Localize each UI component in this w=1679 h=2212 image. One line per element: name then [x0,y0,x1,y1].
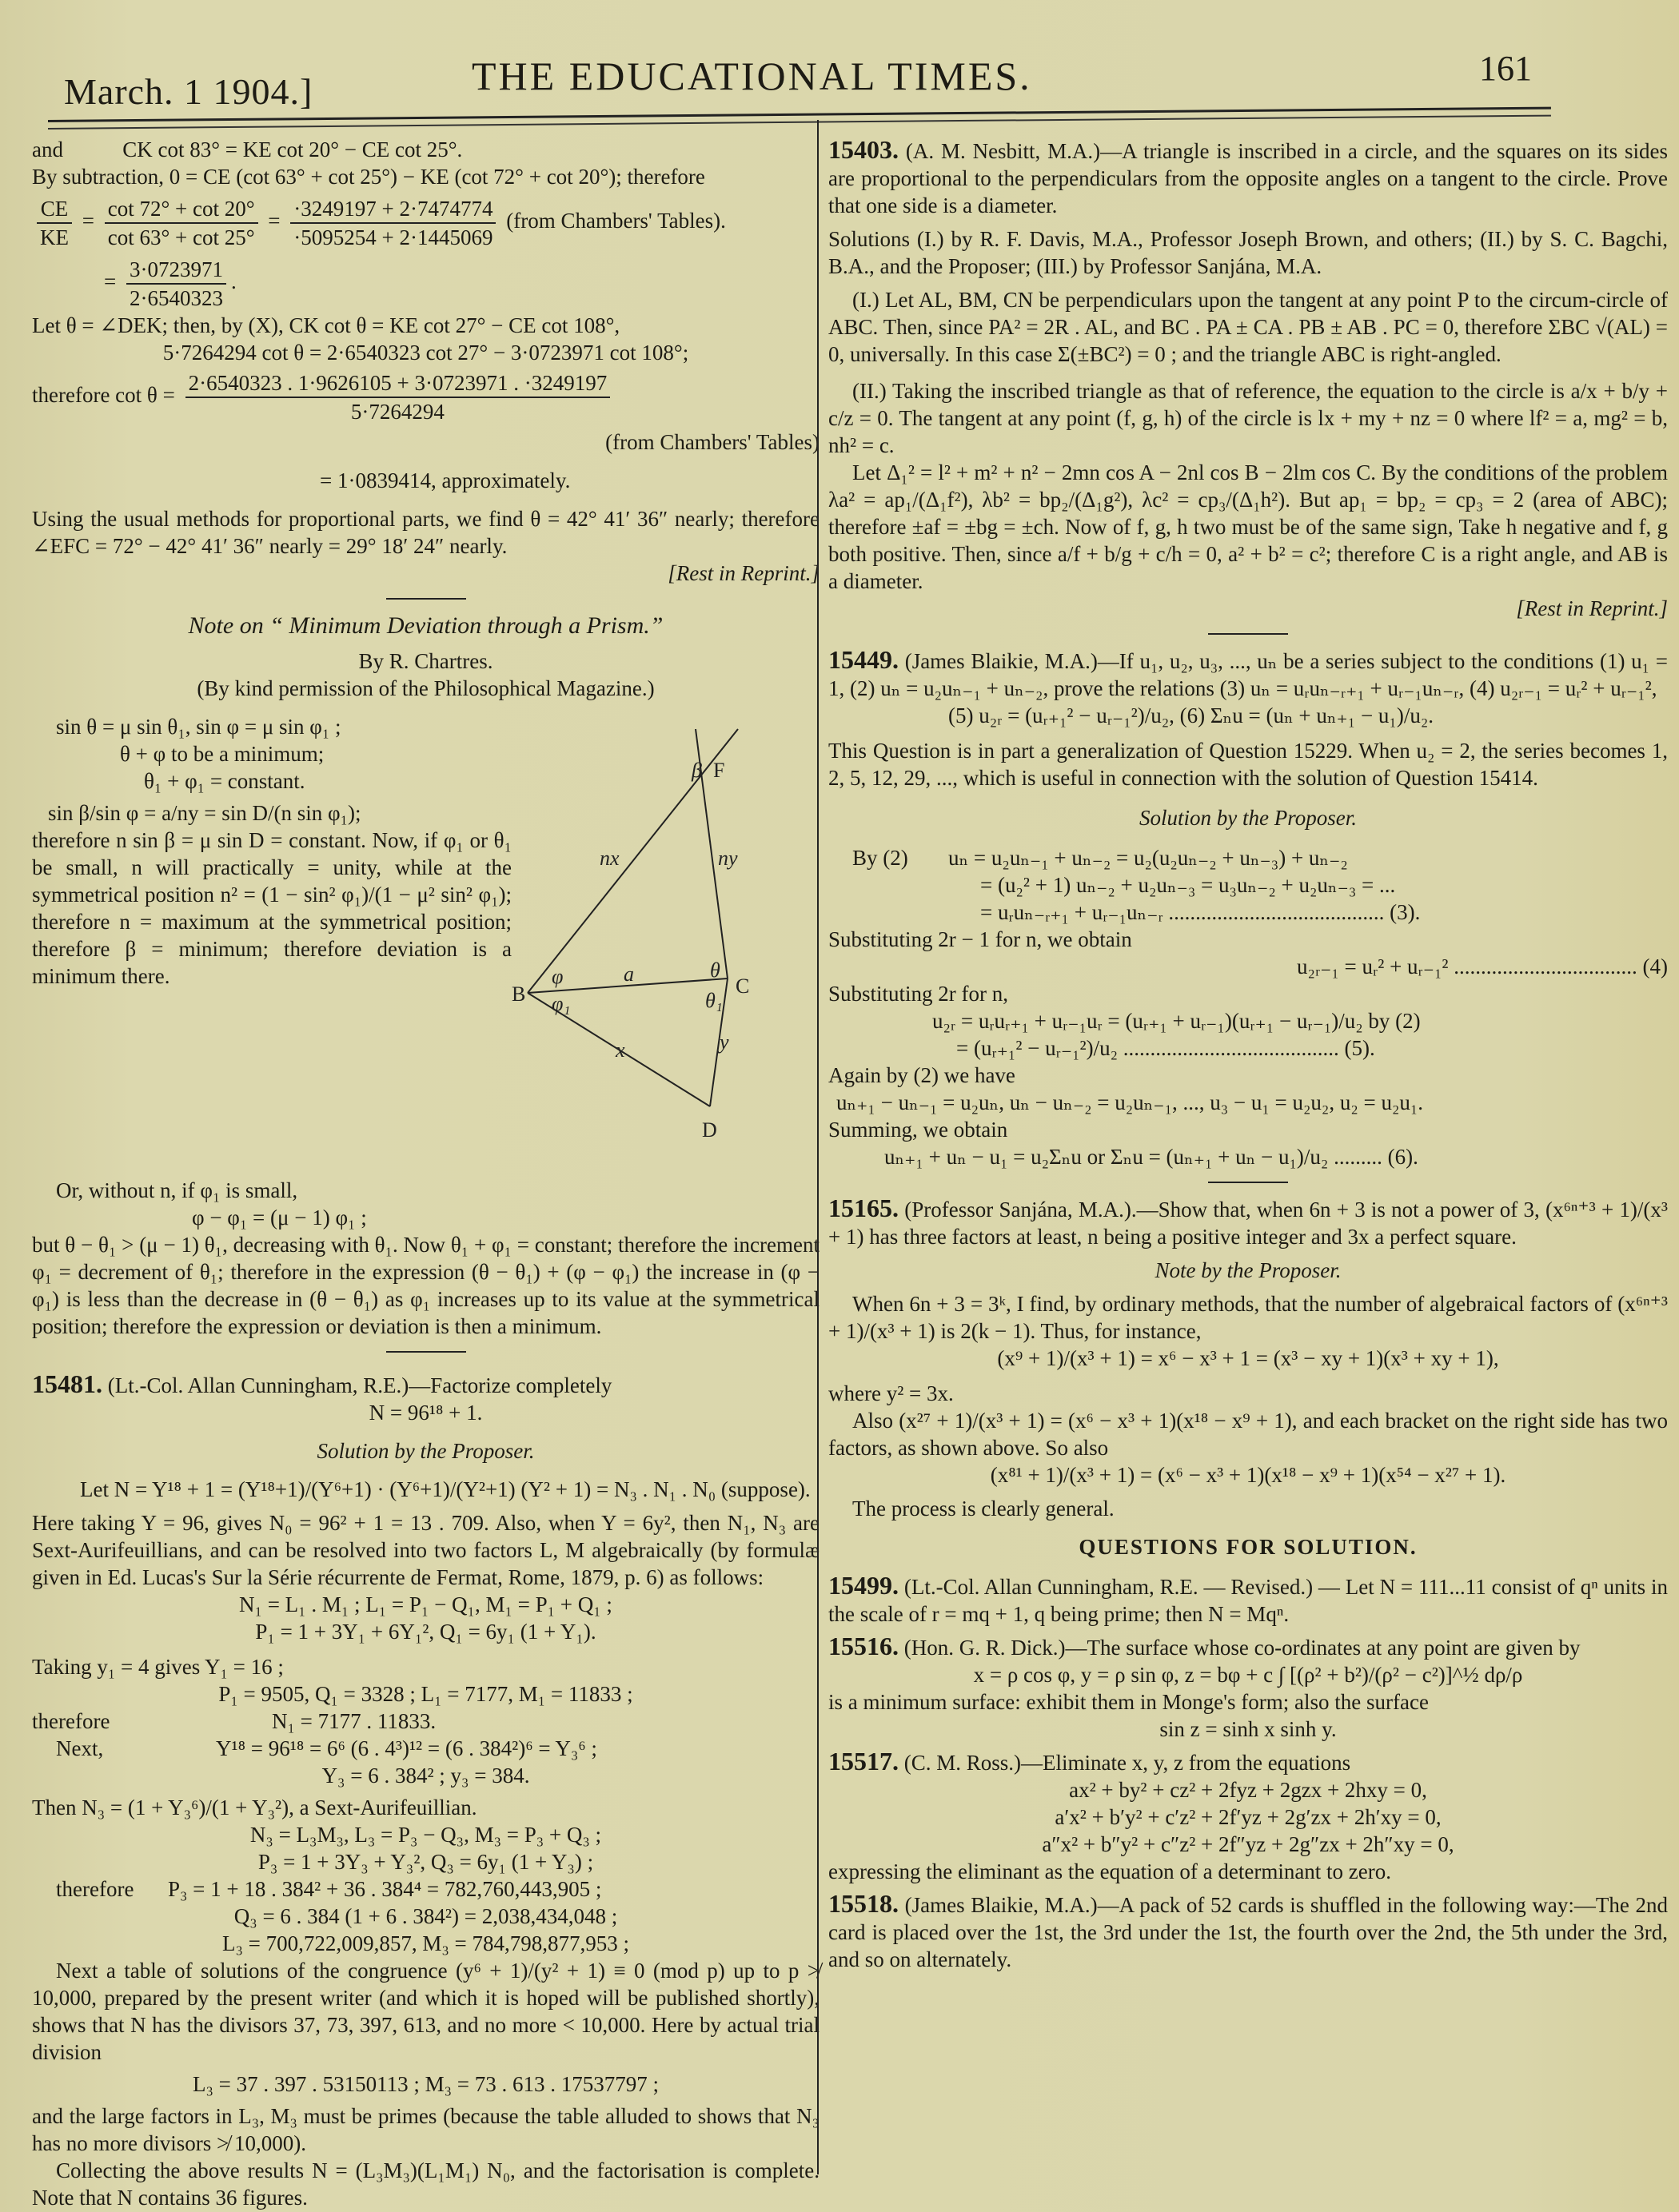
article-permission: (By kind permission of the Philosophical… [32,675,820,702]
solution-title: Solution by the Proposer. [32,1437,820,1465]
question-text: (A. M. Nesbitt, M.A.)—A triangle is insc… [828,139,1668,217]
equation: Y₃ = 6 . 384² ; y₃ = 384. [32,1762,820,1789]
equation: uₙ = u₂uₙ₋₁ + uₙ₋₂ = u₂(u₂uₙ₋₂ + uₙ₋₃) +… [948,846,1348,870]
question-text: (Lt.-Col. Allan Cunningham, R.E. — Revis… [828,1575,1668,1626]
numerator: CE [37,195,72,224]
equation: L₃ = 37 . 397 . 53150113 ; M₃ = 73 . 613… [32,2071,820,2098]
equation: (5) u₂ᵣ = (uᵣ₊₁² − uᵣ₋₁²)/u₂, (6) Σₙu = … [948,702,1668,729]
equation: N₁ = 7177 . 11833. [272,1709,436,1733]
svg-text:nx: nx [600,847,620,870]
section-heading: QUESTIONS FOR SOLUTION. [828,1533,1668,1560]
fraction: ·3249197 + 2·7474774·5095254 + 2·1445069 [290,195,496,251]
denominator: KE [37,224,72,251]
denominator: cot 63° + cot 25° [105,224,258,251]
question-number: 15499. [828,1571,899,1600]
label: therefore [32,1875,168,1903]
equation: sin β/sin φ = a/ny = sin D/(n sin φ₁); [48,799,512,827]
svg-text:D: D [702,1118,717,1142]
equation: = 1·0839414, approximately. [320,467,820,494]
article-title: Note on “ Minimum Deviation through a Pr… [32,612,820,640]
paragraph: and the large factors in L₃, M₃ must be … [32,2102,820,2157]
fraction: 3·07239712·6540323 [126,256,226,312]
equation-row: Next,Y¹⁸ = 96¹⁸ = 6⁶ (6 . 4³)¹² = (6 . 3… [32,1735,820,1762]
equation: uₙ₊₁ + uₙ − u₁ = u₂Σₙu or Σₙu = (uₙ₊₁ + … [884,1143,1668,1170]
label: therefore [32,1708,272,1735]
svg-text:θ: θ [710,959,720,982]
text-line: Taking y₁ = 4 gives Y₁ = 16 ; [32,1653,820,1680]
question-number: 15481. [32,1369,102,1398]
fraction: cot 72° + cot 20°cot 63° + cot 25° [105,195,258,251]
equation: P₃ = 1 + 3Y₃ + Y₃², Q₃ = 6y₁ (1 + Y₃) ; [32,1848,820,1875]
svg-text:ny: ny [718,847,738,870]
prism-diagram: B C D F β nx ny a x y φ φ₁ θ θ₁ [512,713,816,1177]
numerator: ·3249197 + 2·7474774 [290,195,496,224]
text-line: Summing, we obtain [828,1116,1668,1143]
denominator: ·5095254 + 2·1445069 [290,224,496,251]
numerator: cot 72° + cot 20° [105,195,258,224]
denominator: 5·7264294 [185,398,611,425]
rest-in-reprint: [Rest in Reprint.] [32,560,820,587]
page-number: 161 [1479,48,1532,89]
svg-text:F: F [713,759,724,782]
source-note: (from Chambers' Tables). [506,209,726,233]
text-line: Again by (2) we have [828,1062,1668,1089]
equation: N₁ = L₁ . M₁ ; L₁ = P₁ − Q₁, M₁ = P₁ + Q… [32,1591,820,1618]
equation-row: thereforeP₃ = 1 + 18 . 384² + 36 . 384⁴ … [32,1875,820,1903]
text-line: expressing the eliminant as the equation… [828,1858,1668,1885]
question-text: (C. M. Ross.)—Eliminate x, y, z from the… [904,1751,1350,1775]
fraction-equation: therefore cot θ = 2·6540323 . 1·9626105 … [32,369,820,425]
equation: N₃ = L₃M₃, L₃ = P₃ − Q₃, M₃ = P₃ + Q₃ ; [32,1821,820,1848]
question-text: (Hon. G. R. Dick.)—The surface whose co-… [904,1636,1581,1660]
article-author: By R. Chartres. [32,648,820,675]
text-line: By subtraction, 0 = CE (cot 63° + cot 25… [32,163,820,190]
question-15516: 15516. (Hon. G. R. Dick.)—The surface wh… [828,1632,1668,1661]
question-number: 15449. [828,645,899,674]
equation: N = 96¹⁸ + 1. [32,1399,820,1426]
equation: u₂ᵣ₋₁ = uᵣ² + uᵣ₋₁² ....................… [828,953,1668,980]
numerator: 3·0723971 [126,256,226,285]
question-number: 15518. [828,1889,899,1918]
question-15449: 15449. (James Blaikie, M.A.)—If u₁, u₂, … [828,646,1668,702]
text-line: Or, without n, if φ₁ is small, [56,1177,820,1204]
question-number: 15516. [828,1632,899,1660]
text-line: where y² = 3x. [828,1380,1668,1407]
separator [386,598,466,600]
question-text: (James Blaikie, M.A.)—A pack of 52 cards… [828,1893,1668,1971]
label: therefore cot θ = [32,383,175,407]
text-line: is a minimum surface: exhibit them in Mo… [828,1688,1668,1716]
question-number: 15517. [828,1747,899,1776]
journal-title: THE EDUCATIONAL TIMES. [472,53,1032,99]
fraction-equation: = 3·07239712·6540323. [104,256,820,312]
svg-text:φ₁: φ₁ [552,992,570,1015]
question-number: 15403. [828,135,899,164]
equation: (x⁹ + 1)/(x³ + 1) = x⁶ − x³ + 1 = (x³ − … [828,1345,1668,1372]
paragraph: (II.) Taking the inscribed triangle as t… [828,377,1668,459]
text-line: Then N₃ = (1 + Y₃⁶)/(1 + Y₃²), a Sext-Au… [32,1794,820,1821]
equation: sin z = sinh x sinh y. [828,1716,1668,1743]
denominator: 2·6540323 [126,285,226,312]
equation: ax² + by² + cz² + 2fyz + 2gzx + 2hxy = 0… [828,1776,1668,1803]
question-15518: 15518. (James Blaikie, M.A.)—A pack of 5… [828,1890,1668,1973]
paragraph: Also (x²⁷ + 1)/(x³ + 1) = (x⁶ − x³ + 1)(… [828,1407,1668,1461]
question-text: (James Blaikie, M.A.)—If u₁, u₂, u₃, ...… [828,649,1668,700]
svg-text:β: β [691,759,702,782]
text-line: Let θ = ∠DEK; then, by (X), CK cot θ = K… [32,312,820,339]
left-column: and CK cot 83° = KE cot 20° − CE cot 25°… [32,136,820,2211]
equation: 5·7264294 cot θ = 2·6540323 cot 27° − 3·… [32,339,820,366]
prism-section: sin θ = μ sin θ₁, sin φ = μ sin φ₁ ; θ +… [32,713,820,1177]
equation: P₁ = 1 + 3Y₁ + 6Y₁², Q₁ = 6y₁ (1 + Y₁). [32,1618,820,1645]
question-number: 15165. [828,1194,899,1222]
equation: θ₁ + φ₁ = constant. [144,767,512,795]
equation: = (u₂² + 1) uₙ₋₂ + u₂uₙ₋₃ = u₃uₙ₋₂ + u₂u… [980,871,1668,899]
issue-date: March. 1 1904.] [64,70,313,113]
text-line: and CK cot 83° = KE cot 20° − CE cot 25°… [32,136,820,163]
question-15165: 15165. (Professor Sanjána, M.A.).—Show t… [828,1194,1668,1250]
equation: Let N = Y¹⁸ + 1 = (Y¹⁸+1)/(Y⁶+1) · (Y⁶+1… [80,1476,820,1503]
equation-row: thereforeN₁ = 7177 . 11833. [32,1708,820,1735]
svg-text:C: C [736,974,749,998]
prism-text: sin θ = μ sin θ₁, sin φ = μ sin φ₁ ; θ +… [32,713,512,1177]
equation: φ − φ₁ = (μ − 1) φ₁ ; [192,1204,820,1231]
equation: L₃ = 700,722,009,857, M₃ = 784,798,877,9… [32,1930,820,1957]
question-15499: 15499. (Lt.-Col. Allan Cunningham, R.E. … [828,1572,1668,1628]
question-15481: 15481. (Lt.-Col. Allan Cunningham, R.E.)… [32,1370,820,1399]
equation: uₙ₊₁ − uₙ₋₁ = u₂uₙ, uₙ − uₙ₋₂ = u₂uₙ₋₁, … [836,1089,1668,1116]
equation: Q₃ = 6 . 384 (1 + 6 . 384²) = 2,038,434,… [32,1903,820,1930]
fraction: CEKE [37,195,72,251]
equation: = uᵣuₙ₋ᵣ₊₁ + uᵣ₋₁uₙ₋ᵣ ..................… [980,899,1668,926]
separator [1208,633,1288,635]
rest-in-reprint: [Rest in Reprint.] [828,595,1668,622]
equation: Y¹⁸ = 96¹⁸ = 6⁶ (6 . 4³)¹² = (6 . 384²)⁶… [216,1736,597,1760]
paragraph: When 6n + 3 = 3ᵏ, I find, by ordinary me… [828,1290,1668,1345]
equation: (x⁸¹ + 1)/(x³ + 1) = (x⁶ − x³ + 1)(x¹⁸ −… [828,1461,1668,1489]
question-15517: 15517. (C. M. Ross.)—Eliminate x, y, z f… [828,1748,1668,1776]
fraction: 2·6540323 . 1·9626105 + 3·0723971 . ·324… [185,369,611,425]
paragraph: This Question is in part a generalizatio… [828,737,1668,791]
journal-page: March. 1 1904.] THE EDUCATIONAL TIMES. 1… [0,0,1679,2212]
svg-text:x: x [615,1038,625,1062]
question-text: (Professor Sanjána, M.A.).—Show that, wh… [828,1198,1668,1249]
label: Next, [32,1735,216,1762]
text-line: The process is clearly general. [828,1495,1668,1522]
svg-text:φ: φ [552,965,563,988]
equation: sin θ = μ sin θ₁, sin φ = μ sin φ₁ ; [56,713,512,740]
equation: x = ρ cos φ, y = ρ sin φ, z = bφ + c ∫ [… [828,1661,1668,1688]
paragraph: Next a table of solutions of the congrue… [32,1957,820,2066]
paragraph: but θ − θ₁ > (μ − 1) θ₁, decreasing with… [32,1231,820,1340]
equation: a′x² + b′y² + c′z² + 2f′yz + 2g′zx + 2h′… [828,1803,1668,1831]
question-15403: 15403. (A. M. Nesbitt, M.A.)—A triangle … [828,136,1668,219]
separator [386,1351,466,1353]
paragraph: therefore n sin β = μ sin D = constant. … [32,827,512,990]
equation: P₃ = 1 + 18 . 384² + 36 . 384⁴ = 782,760… [168,1877,601,1901]
text-line: Substituting 2r − 1 for n, we obtain [828,926,1668,953]
paragraph: Here taking Y = 96, gives N₀ = 96² + 1 =… [32,1509,820,1591]
equation-row: By (2)uₙ = u₂uₙ₋₁ + uₙ₋₂ = u₂(u₂uₙ₋₂ + u… [828,844,1668,871]
text-line: Substituting 2r for n, [828,980,1668,1007]
right-column: 15403. (A. M. Nesbitt, M.A.)—A triangle … [817,120,1668,2174]
svg-text:a: a [624,963,634,986]
paragraph: Using the usual methods for proportional… [32,505,820,560]
svg-text:B: B [512,982,525,1006]
equation: P₁ = 9505, Q₁ = 3328 ; L₁ = 7177, M₁ = 1… [32,1680,820,1708]
prism-triangle-diagram: B C D F β nx ny a x y φ φ₁ θ θ₁ [512,713,816,1177]
equation: θ + φ to be a minimum; [120,740,512,767]
paragraph: Let Δ₁² = l² + m² + n² − 2mn cos A − 2nl… [828,459,1668,595]
numerator: 2·6540323 . 1·9626105 + 3·0723971 . ·324… [185,369,611,398]
fraction-equation: CEKE = cot 72° + cot 20°cot 63° + cot 25… [32,195,820,251]
svg-text:y: y [717,1030,729,1054]
separator [1208,1182,1288,1183]
equation: a″x² + b″y² + c″z² + 2f″yz + 2g″zx + 2h″… [828,1831,1668,1858]
solution-title: Solution by the Proposer. [828,804,1668,831]
paragraph: (I.) Let AL, BM, CN be perpendiculars up… [828,286,1668,368]
paragraph: Collecting the above results N = (L₃M₃)(… [32,2157,820,2211]
svg-text:θ₁: θ₁ [705,989,723,1012]
source-note: (from Chambers' Tables) [32,428,820,456]
question-text: (Lt.-Col. Allan Cunningham, R.E.)—Factor… [108,1373,612,1397]
note-title: Note by the Proposer. [828,1257,1668,1284]
equation: u₂ᵣ = uᵣuᵣ₊₁ + uᵣ₋₁uᵣ = (uᵣ₊₁ + uᵣ₋₁)(uᵣ… [932,1007,1668,1034]
label: By (2) [828,844,948,871]
equation: = (uᵣ₊₁² − uᵣ₋₁²)/u₂ ...................… [956,1034,1668,1062]
solutions-credit: Solutions (I.) by R. F. Davis, M.A., Pro… [828,225,1668,280]
